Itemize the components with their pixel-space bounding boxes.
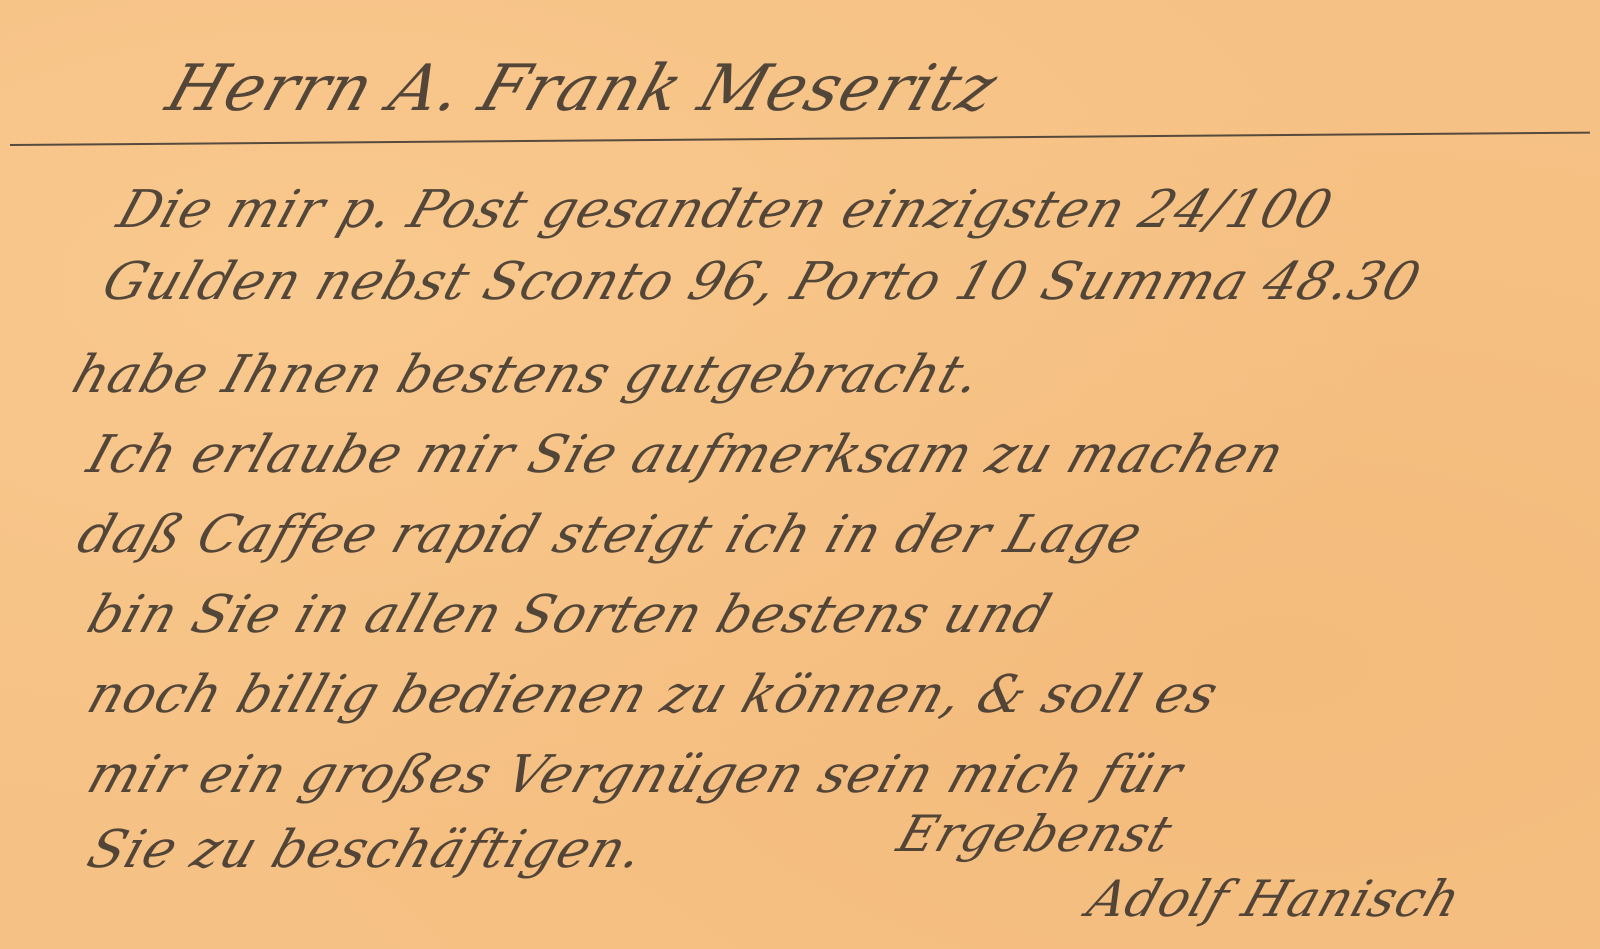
addressee: Herrn A. Frank Meseritz	[158, 52, 1007, 126]
signature: Adolf Hanisch	[1081, 870, 1469, 928]
body-line-3: habe Ihnen bestens gutgebracht.	[65, 345, 989, 405]
body-line-6: bin Sie in allen Sorten bestens und	[80, 585, 1059, 645]
body-line-4: Ich erlaube mir Sie aufmerksam zu machen	[80, 425, 1292, 485]
body-line-1: Die mir p. Post gesandten einzigsten 24/…	[110, 180, 1340, 240]
body-line-8: mir ein großes Vergnügen sein mich für	[80, 745, 1190, 805]
body-line-5: daß Caffee rapid steigt ich in der Lage	[70, 505, 1150, 565]
body-line-7: noch billig bedienen zu können, & soll e…	[80, 665, 1226, 725]
closing: Ergebenst	[891, 805, 1180, 863]
body-line-9: Sie zu beschäftigen.	[80, 820, 652, 880]
body-line-2: Gulden nebst Sconto 96, Porto 10 Summa 4…	[95, 252, 1428, 312]
